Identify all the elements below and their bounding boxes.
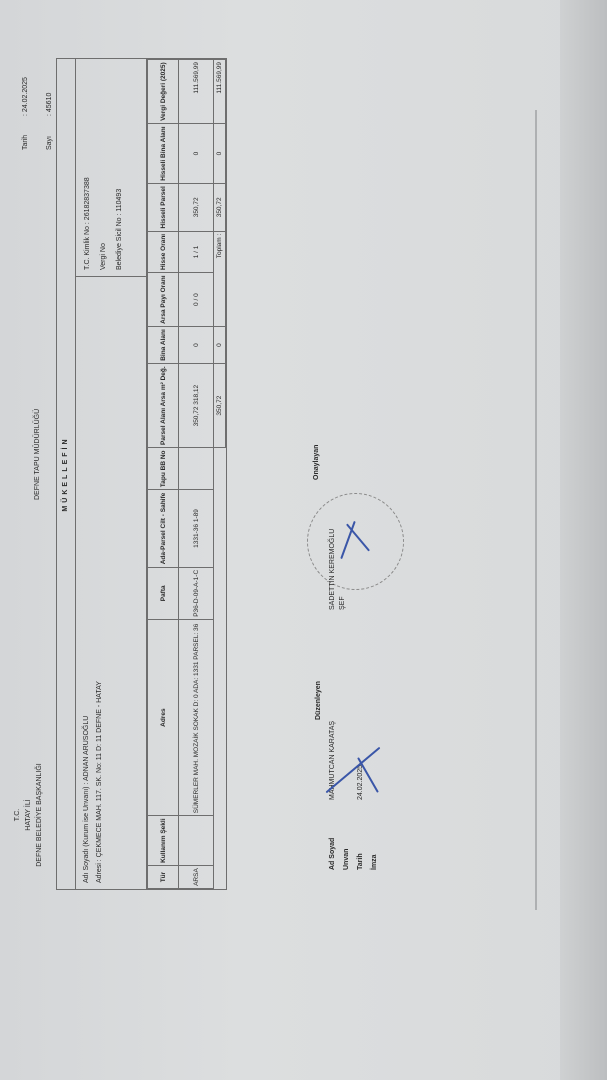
table-cell: 111.569,99 (179, 60, 214, 124)
date-label: Tarih (354, 800, 368, 870)
approved-title: Onaylayan (312, 445, 322, 610)
column-header: Vergi Değeri (2025) (148, 60, 179, 124)
country: T.C. (12, 750, 23, 880)
date-number-block: Tarih: 24.02.2025 Sayı: 45610 (14, 77, 62, 150)
table-cell: 0 (179, 327, 214, 364)
column-header: Hisseli Bina Alanı (148, 124, 179, 184)
tax-no-label: Vergi No (100, 243, 107, 270)
table-cell: ARSA (179, 866, 214, 889)
table-row: ARSASÜMERLER MAH. MOZAİK SOKAK D: 0 ADA:… (179, 60, 214, 889)
institution: DEFNE BELEDİYE BAŞKANLIĞI (34, 750, 45, 880)
section-title: MÜKELLEFİN (57, 59, 76, 889)
province: HATAY İLİ (23, 750, 34, 880)
name-value: : ADNAN ARUSOĞLU (83, 716, 90, 785)
table-cell: P36-D-09-A-1-C (179, 567, 214, 619)
column-header: Tür (148, 866, 179, 889)
tc-label: T.C. Kimlik No (84, 226, 91, 270)
total-cell: 111.569,99 (214, 60, 226, 124)
column-header: Hisseli Parsel (148, 184, 179, 232)
column-header: Kullanım Şekli (148, 816, 179, 866)
table-cell (179, 448, 214, 490)
tax-value-document: T.C. HATAY İLİ DEFNE BELEDİYE BAŞKANLIĞI… (12, 20, 222, 890)
property-table: TürKullanım ŞekliAdresPaftaAda-Parsel Ci… (147, 59, 226, 889)
tc-value: : 26182837388 (84, 177, 91, 224)
total-cell (214, 448, 226, 889)
title-label: Unvan (343, 849, 350, 870)
table-cell: 0 (179, 124, 214, 184)
sign-label: İmza (371, 854, 378, 870)
paper-edge (535, 110, 537, 910)
name-label: Adı Soyadı (Kurum ise Unvanı) (83, 787, 90, 884)
issuer-header: T.C. HATAY İLİ DEFNE BELEDİYE BAŞKANLIĞI (12, 750, 45, 880)
address-value: : ÇEKMECE MAH. 117. SK. No: 11 D: 11 DEF… (96, 681, 103, 861)
column-header: Tapu BB No (148, 448, 179, 490)
total-cell: Toplam : (214, 231, 226, 326)
number-value: : 45610 (46, 93, 53, 116)
column-header: Adres (148, 620, 179, 816)
column-header: Ada-Parsel Cilt - Sahife (148, 490, 179, 567)
total-cell: 0 (214, 327, 226, 364)
department: DEFNE TAPU MÜDÜRLÜĞÜ (34, 409, 41, 500)
table-cell: 1 / 1 (179, 231, 214, 273)
approved-by-block: Onaylayan SADETTİN KEREMOĞLU ŞEF (312, 445, 348, 610)
table-cell: SÜMERLER MAH. MOZAİK SOKAK D: 0 ADA: 133… (179, 620, 214, 816)
approver-title: ŞEF (338, 445, 348, 610)
date-value: : 24.02.2025 (22, 77, 29, 116)
registry-value: : 110493 (116, 189, 123, 216)
registry-label: Belediye Sicil No (116, 217, 123, 270)
signature-area: Düzenleyen Ad SoyadMAHMUTCAN KARATAŞ Unv… (312, 20, 432, 890)
prepared-title: Düzenleyen (312, 681, 326, 870)
table-cell: 0 / 0 (179, 273, 214, 327)
taxpayer-box: MÜKELLEFİN Adı Soyadı (Kurum ise Unvanı)… (56, 58, 227, 890)
column-header: Bina Alanı (148, 327, 179, 364)
total-cell: 350,72 (214, 363, 226, 447)
prepared-date: 24.02.2025 (357, 765, 364, 800)
name-label: Ad Soyad (326, 800, 340, 870)
table-cell: 350,72 (179, 184, 214, 232)
date-label: Tarih (14, 116, 38, 150)
table-cell: 350,72 318,12 (179, 363, 214, 447)
address-label: Adresi (96, 863, 103, 883)
approver-name: SADETTİN KEREMOĞLU (322, 445, 338, 610)
table-cell (179, 816, 214, 866)
totals-row: 350,720Toplam :350,720111.569,99 (214, 60, 226, 889)
column-header: Hisse Oranı (148, 231, 179, 273)
taxpayer-info: Adı Soyadı (Kurum ise Unvanı) : ADNAN AR… (76, 59, 147, 889)
total-cell: 350,72 (214, 184, 226, 232)
total-cell: 0 (214, 124, 226, 184)
column-header: Parsel Alanı Arsa m² Değ. (148, 363, 179, 447)
column-header: Arsa Payı Oranı (148, 273, 179, 327)
paper-shadow (560, 0, 607, 1080)
table-cell: 1331-36 1-89 (179, 490, 214, 567)
column-header: Pafta (148, 567, 179, 619)
